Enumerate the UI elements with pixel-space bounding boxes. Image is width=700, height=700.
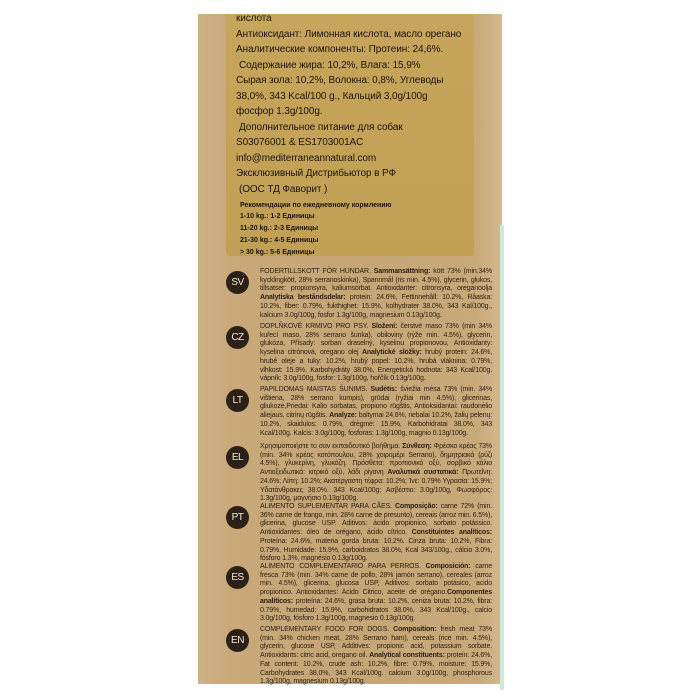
section-text: COMPLEMENTARY FOOD FOR DOGS. <box>260 626 393 633</box>
ru-line: (ООС ТД Фаворит ) <box>226 182 461 198</box>
section-heading: Constituintes analíticos: <box>412 529 492 536</box>
language-description: PAPILDOMAS MAISTAS ŠUNIMS. Sudėtis: švie… <box>260 386 492 438</box>
feeding-guide-row: > 30 kg.: 5-6 Единицы <box>226 247 461 259</box>
section-heading: Analyze: <box>329 412 357 419</box>
ru-line: Сырая зола: 10,2%, Волокна: 0,8%, Углево… <box>226 73 461 89</box>
ru-line: Содержание жира: 10,2%, Влага: 15,9% <box>226 58 461 74</box>
section-text: Proteína: 24.6%, materia gorda bruta: 10… <box>260 538 492 562</box>
language-code-badge: EL <box>226 446 249 469</box>
ru-line: Аналитические компоненты: Протеин: 24,6%… <box>226 42 461 58</box>
section-heading: Složení: <box>371 323 397 330</box>
language-code-badge: LT <box>226 389 249 412</box>
section-heading: Analytické složky: <box>362 349 422 356</box>
feeding-guide-row: 21-30 kg.: 4-5 Единицы <box>226 235 461 247</box>
section-heading: Αναλυτικά συστατικά: <box>387 469 458 476</box>
section-heading: Sudėtis: <box>371 386 397 393</box>
feeding-guide-title: Рекомендации по ежедневному кормлению <box>226 200 461 211</box>
section-text: PAPILDOMAS MAISTAS ŠUNIMS. <box>260 386 371 393</box>
section-text: ALIMENTO COMPLEMENTARIO PARA PERROS. <box>260 563 426 570</box>
package-back-panel: кислота Антиоксидант: Лимонная кислота, … <box>198 14 502 684</box>
ru-line: Дополнительное питание для собак <box>226 120 461 136</box>
background-strip <box>500 225 504 690</box>
language-description: ALIMENTO COMPLEMENTARIO PARA PERROS. Com… <box>260 563 492 624</box>
language-code-badge: CZ <box>226 326 249 349</box>
feeding-guide-row: 11-20 kg.: 2-3 Единицы <box>226 223 461 235</box>
ru-line: Эксклюзивный Дистрибьютор в РФ <box>226 166 461 182</box>
language-code-badge: SV <box>226 271 249 294</box>
language-description: FODERTILLSKOTT FÖR HUNDAR. Sammansättnin… <box>260 268 492 320</box>
language-code-badge: EN <box>226 629 249 652</box>
language-description: DOPLŇKOVÉ KRMIVO PRO PSY. Složení: čerst… <box>260 323 492 384</box>
section-text: DOPLŇKOVÉ KRMIVO PRO PSY. <box>260 323 371 330</box>
feeding-guide-row: 1-10 kg.: 1-2 Единицы <box>226 211 461 223</box>
russian-info-label: кислота Антиоксидант: Лимонная кислота, … <box>226 14 474 256</box>
language-description: Χρησιμοποιήστε το σαν εκπαιδευτικό βοήθη… <box>260 443 492 504</box>
language-code-badge: ES <box>226 566 249 589</box>
ru-line: Антиоксидант: Лимонная кислота, масло ор… <box>226 27 461 43</box>
section-heading: Composição: <box>395 503 438 510</box>
russian-text-block: кислота Антиоксидант: Лимонная кислота, … <box>226 11 461 259</box>
ru-line: info@mediterraneannatural.com <box>226 151 461 167</box>
language-code-badge: PT <box>226 506 249 529</box>
section-text: proteína: 24.6%, grasa bruta: 10.2%, cen… <box>260 598 492 622</box>
section-heading: Analytical constituents: <box>369 652 445 659</box>
section-text: Χρησιμοποιήστε το σαν εκπαιδευτικό βοήθη… <box>260 443 402 450</box>
ru-line: 38,0%, 343 Kcal/100 g., Кальций 3,0g/100… <box>226 89 461 105</box>
language-description: COMPLEMENTARY FOOD FOR DOGS. Composition… <box>260 626 492 687</box>
section-text: ALIMENTO SUPLEMENTAR PARA CÃES. <box>260 503 395 510</box>
section-heading: Analytiska beståndsdelar: <box>260 294 346 301</box>
ru-line: фосфор 1.3g/100g. <box>226 104 461 120</box>
section-heading: Composición: <box>426 563 471 570</box>
section-text: FODERTILLSKOTT FÖR HUNDAR. <box>260 268 374 275</box>
ru-line: кислота <box>226 11 461 27</box>
section-heading: Σύνθεση: <box>402 443 431 450</box>
section-heading: Sammansättning: <box>374 268 430 275</box>
section-heading: Composition: <box>393 626 436 633</box>
language-description: ALIMENTO SUPLEMENTAR PARA CÃES. Composiç… <box>260 503 492 564</box>
ru-line: S03076001 & ES1703001AC <box>226 135 461 151</box>
